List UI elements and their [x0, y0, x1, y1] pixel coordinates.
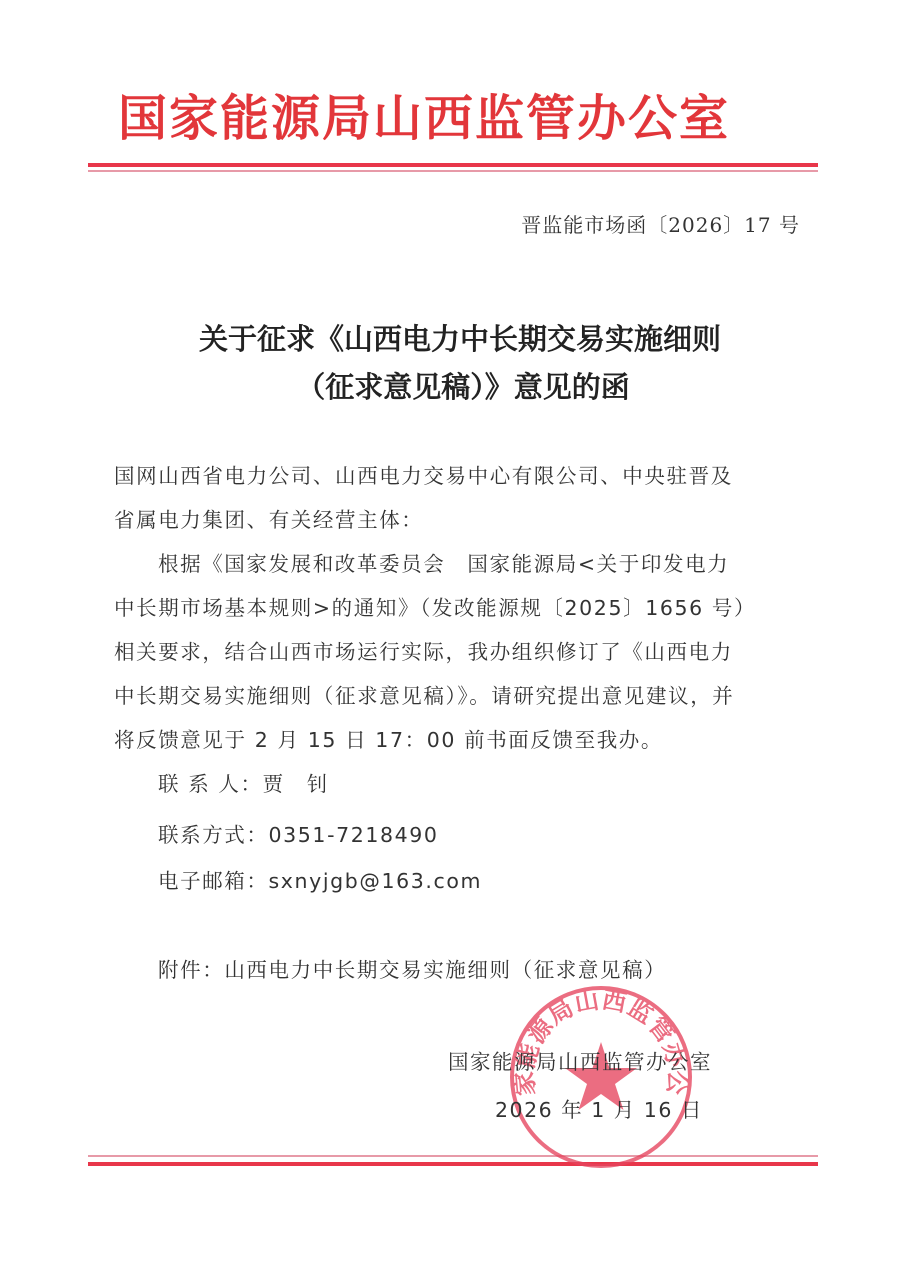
body-paragraph-line-5: 将反馈意见于 2 月 15 日 17：00 前书面反馈至我办。 — [114, 725, 814, 755]
addressee-line-2: 省属电力集团、有关经营主体： — [114, 505, 814, 535]
contact-phone: 联系方式：0351-7218490 — [158, 820, 858, 850]
body-paragraph-line-3: 相关要求，结合山西市场运行实际，我办组织修订了《山西电力 — [114, 637, 814, 667]
signature-date: 2026 年 1 月 16 日 — [495, 1093, 703, 1123]
attachment-label: 附件： — [158, 958, 224, 982]
header-rule-thin — [88, 170, 818, 172]
footer-rule-thick — [88, 1162, 818, 1166]
contact-person: 联 系 人：贾 钊 — [158, 769, 858, 799]
seal-text: 国家能源局山西监管办公室 — [508, 984, 693, 1097]
attachment-value: 山西电力中长期交易实施细则（征求意见稿） — [224, 958, 666, 982]
footer-rule-thin — [88, 1155, 818, 1157]
header-rule-thick — [88, 163, 818, 167]
official-seal-icon: 国家能源局山西监管办公室 — [508, 984, 694, 1170]
svg-text:国家能源局山西监管办公室: 国家能源局山西监管办公室 — [508, 984, 693, 1097]
contact-email-value[interactable]: sxnyjgb@163.com — [269, 869, 483, 893]
body-paragraph-line-1: 根据《国家发展和改革委员会 国家能源局<关于印发电力 — [158, 549, 858, 579]
addressee-line-1: 国网山西省电力公司、山西电力交易中心有限公司、中央驻晋及 — [114, 461, 814, 491]
contact-phone-label: 联系方式： — [158, 823, 269, 847]
contact-phone-value: 0351-7218490 — [269, 823, 439, 847]
body-paragraph-line-2: 中长期市场基本规则>的通知》（发改能源规〔2025〕1656 号） — [114, 593, 814, 623]
body-paragraph-line-4: 中长期交易实施细则（征求意见稿）》。请研究提出意见建议，并 — [114, 681, 814, 711]
issuer-header: 国家能源局山西监管办公室 — [100, 88, 820, 148]
signature-org: 国家能源局山西监管办公室 — [448, 1045, 712, 1075]
document-page: 国家能源局山西监管办公室 晋监能市场函〔2026〕17 号 关于征求《山西电力中… — [0, 0, 900, 1271]
contact-email-label: 电子邮箱： — [158, 869, 269, 893]
document-number: 晋监能市场函〔2026〕17 号 — [521, 209, 800, 238]
contact-person-value: 贾 钊 — [263, 772, 329, 796]
contact-person-label: 联 系 人： — [158, 772, 263, 796]
contact-email: 电子邮箱：sxnyjgb@163.com — [158, 866, 858, 896]
document-title-line-2: （征求意见稿）》意见的函 — [100, 364, 820, 410]
attachment: 附件：山西电力中长期交易实施细则（征求意见稿） — [158, 955, 858, 985]
document-title-line-1: 关于征求《山西电力中长期交易实施细则 — [100, 316, 820, 362]
